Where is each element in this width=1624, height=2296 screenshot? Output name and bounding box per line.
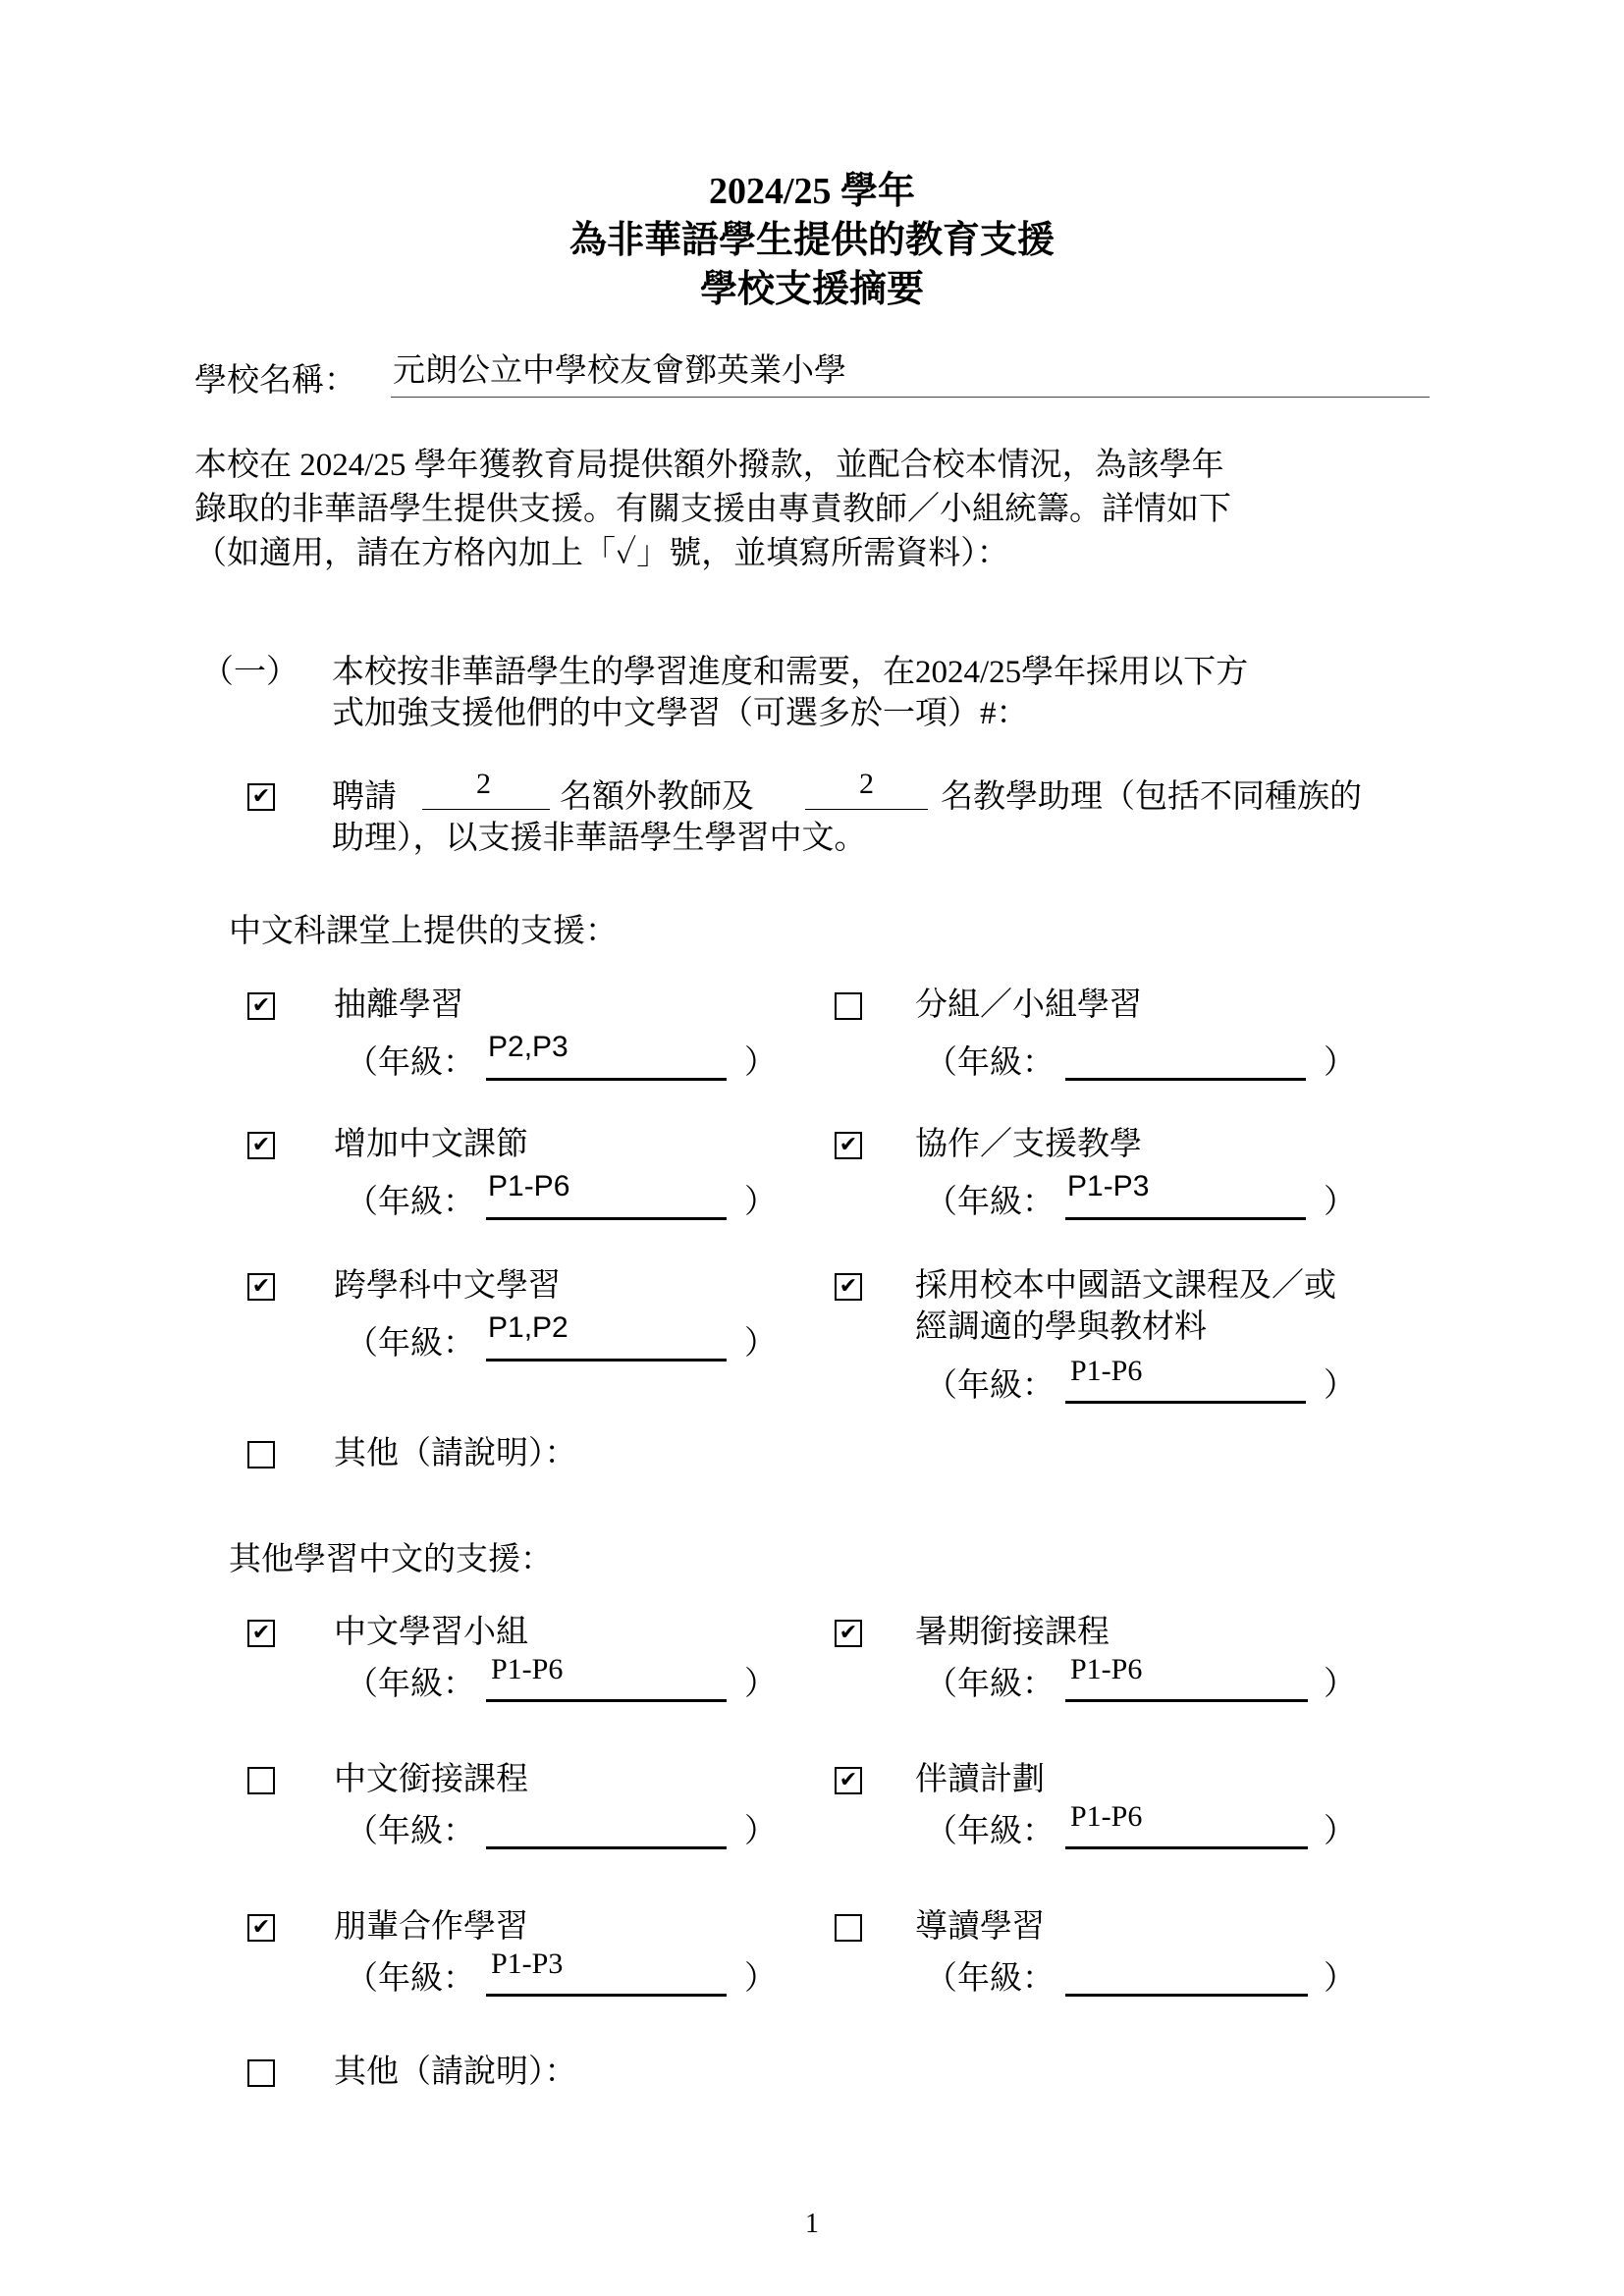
extra-lessons-checkbox[interactable]: ✔ bbox=[247, 1132, 275, 1159]
chinese-learning-group-label: 中文學習小組 bbox=[334, 1613, 528, 1652]
grade-underline bbox=[486, 1994, 727, 1997]
other-support-other-checkbox[interactable] bbox=[247, 2059, 275, 2087]
hiring-middle: 名額外教師及 bbox=[560, 775, 754, 820]
grade-prefix: （年級： bbox=[925, 1665, 1055, 1704]
peer-learning-checkbox[interactable]: ✔ bbox=[247, 1914, 275, 1942]
grade-suffix: ） bbox=[1324, 1665, 1356, 1704]
grade-prefix: （年級： bbox=[346, 1665, 475, 1704]
intro-line-1: 本校在 2024/25 學年獲教育局提供額外撥款，並配合校本情況，為該學年 bbox=[194, 444, 1224, 488]
cross-curricular-label: 跨學科中文學習 bbox=[334, 1266, 561, 1306]
grade-underline bbox=[1065, 1078, 1306, 1081]
peer-learning-label: 朋輩合作學習 bbox=[334, 1907, 528, 1947]
intro-line-3: （如適用，請在方格內加上「✓」號，並填寫所需資料）： bbox=[194, 532, 1009, 576]
other-support-other-label: 其他（請說明）： bbox=[334, 2053, 577, 2092]
grade-suffix: ） bbox=[1324, 1183, 1356, 1222]
group-learning-label: 分組／小組學習 bbox=[915, 986, 1142, 1025]
grade-underline bbox=[1065, 1846, 1308, 1849]
summer-bridging-checkbox[interactable]: ✔ bbox=[835, 1620, 862, 1647]
teachers-count-underline bbox=[422, 809, 550, 810]
teachers-count-field[interactable]: 2 bbox=[476, 768, 491, 801]
school-based-curriculum-label: 採用校本中國語文課程及／或 bbox=[915, 1266, 1336, 1306]
section-text-line-1: 本校按非華語學生的學習進度和需要，在2024/25學年採用以下方 bbox=[332, 651, 1248, 695]
grade-suffix: ） bbox=[744, 1183, 777, 1222]
section-number: （一） bbox=[201, 651, 298, 695]
pullout-learning-label: 抽離學習 bbox=[334, 986, 463, 1025]
assistants-count-underline bbox=[805, 809, 928, 810]
reading-partner-checkbox[interactable]: ✔ bbox=[835, 1767, 862, 1794]
extra-lessons-grade[interactable]: P1-P6 bbox=[488, 1170, 569, 1203]
other-support-heading: 其他學習中文的支援： bbox=[229, 1538, 553, 1582]
grade-underline bbox=[486, 1846, 727, 1849]
intro-line-2: 錄取的非華語學生提供支援。有關支援由專責教師／小組統籌。詳情如下 bbox=[194, 488, 1231, 532]
guided-reading-label: 導讀學習 bbox=[915, 1907, 1045, 1947]
co-teaching-grade[interactable]: P1-P3 bbox=[1067, 1170, 1149, 1203]
grade-underline bbox=[1065, 1401, 1306, 1404]
grade-prefix: （年級： bbox=[346, 1043, 475, 1083]
hiring-prefix: 聘請 bbox=[332, 775, 397, 820]
grade-underline bbox=[486, 1217, 727, 1220]
grade-underline bbox=[486, 1078, 727, 1081]
summer-bridging-grade[interactable]: P1-P6 bbox=[1070, 1653, 1142, 1686]
assistants-count-field[interactable]: 2 bbox=[859, 768, 874, 801]
grade-prefix: （年級： bbox=[346, 1183, 475, 1222]
section-text-line-2: 式加強支援他們的中文學習（可選多於一項）#： bbox=[332, 692, 1029, 736]
school-based-curriculum-grade[interactable]: P1-P6 bbox=[1070, 1355, 1142, 1388]
grade-suffix: ） bbox=[744, 1665, 777, 1704]
grade-prefix: （年級： bbox=[925, 1043, 1055, 1083]
cross-curricular-grade[interactable]: P1,P2 bbox=[488, 1311, 568, 1345]
grade-prefix: （年級： bbox=[925, 1812, 1055, 1851]
document-title: 為非華語學生提供的教育支援 bbox=[0, 216, 1624, 265]
grade-prefix: （年級： bbox=[925, 1366, 1055, 1406]
school-based-curriculum-checkbox[interactable]: ✔ bbox=[835, 1273, 862, 1301]
grade-underline bbox=[486, 1359, 727, 1362]
grade-prefix: （年級： bbox=[346, 1324, 475, 1363]
page-number: 1 bbox=[0, 2209, 1624, 2240]
chinese-learning-group-checkbox[interactable]: ✔ bbox=[247, 1620, 275, 1647]
grade-underline bbox=[486, 1699, 727, 1702]
grade-suffix: ） bbox=[744, 1812, 777, 1851]
reading-partner-grade[interactable]: P1-P6 bbox=[1070, 1800, 1142, 1834]
grade-underline bbox=[1065, 1994, 1308, 1997]
hiring-suffix-line-1: 名教學助理（包括不同種族的 bbox=[941, 775, 1362, 820]
hiring-suffix-line-2: 助理），以支援非華語學生學習中文。 bbox=[332, 817, 867, 861]
chinese-bridging-checkbox[interactable] bbox=[247, 1767, 275, 1794]
pullout-learning-grade[interactable]: P2,P3 bbox=[488, 1031, 568, 1064]
classroom-other-label: 其他（請說明）： bbox=[334, 1434, 577, 1473]
co-teaching-label: 協作／支援教學 bbox=[915, 1125, 1142, 1164]
co-teaching-checkbox[interactable]: ✔ bbox=[835, 1132, 862, 1159]
school-name-value[interactable]: 元朗公立中學校友會鄧英業小學 bbox=[393, 349, 846, 394]
chinese-bridging-label: 中文銜接課程 bbox=[334, 1760, 528, 1799]
grade-prefix: （年級： bbox=[925, 1183, 1055, 1222]
grade-prefix: （年級： bbox=[925, 1959, 1055, 1999]
grade-suffix: ） bbox=[744, 1959, 777, 1999]
grade-suffix: ） bbox=[1324, 1959, 1356, 1999]
school-name-underline bbox=[391, 397, 1430, 398]
classroom-support-heading: 中文科課堂上提供的支援： bbox=[229, 910, 618, 954]
grade-suffix: ） bbox=[744, 1043, 777, 1083]
grade-underline bbox=[1065, 1699, 1308, 1702]
guided-reading-checkbox[interactable] bbox=[835, 1914, 862, 1942]
grade-suffix: ） bbox=[1324, 1812, 1356, 1851]
document-year-title: 2024/25 學年 bbox=[0, 167, 1624, 216]
summer-bridging-label: 暑期銜接課程 bbox=[915, 1613, 1110, 1652]
grade-prefix: （年級： bbox=[346, 1812, 475, 1851]
reading-partner-label: 伴讀計劃 bbox=[915, 1760, 1045, 1799]
hiring-checkbox[interactable]: ✔ bbox=[247, 783, 275, 811]
extra-lessons-label: 增加中文課節 bbox=[334, 1125, 528, 1164]
school-based-curriculum-label-line-2: 經調適的學與教材料 bbox=[915, 1308, 1207, 1347]
peer-learning-grade[interactable]: P1-P3 bbox=[491, 1948, 563, 1981]
cross-curricular-checkbox[interactable]: ✔ bbox=[247, 1273, 275, 1301]
group-learning-checkbox[interactable] bbox=[835, 992, 862, 1020]
grade-suffix: ） bbox=[1324, 1366, 1356, 1406]
grade-prefix: （年級： bbox=[346, 1959, 475, 1999]
pullout-learning-checkbox[interactable]: ✔ bbox=[247, 992, 275, 1020]
school-name-label: 學校名稱： bbox=[194, 359, 356, 403]
classroom-other-checkbox[interactable] bbox=[247, 1441, 275, 1468]
document-subtitle: 學校支援摘要 bbox=[0, 265, 1624, 314]
chinese-learning-group-grade[interactable]: P1-P6 bbox=[491, 1653, 563, 1686]
grade-underline bbox=[1065, 1217, 1306, 1220]
grade-suffix: ） bbox=[744, 1324, 777, 1363]
grade-suffix: ） bbox=[1324, 1043, 1356, 1083]
